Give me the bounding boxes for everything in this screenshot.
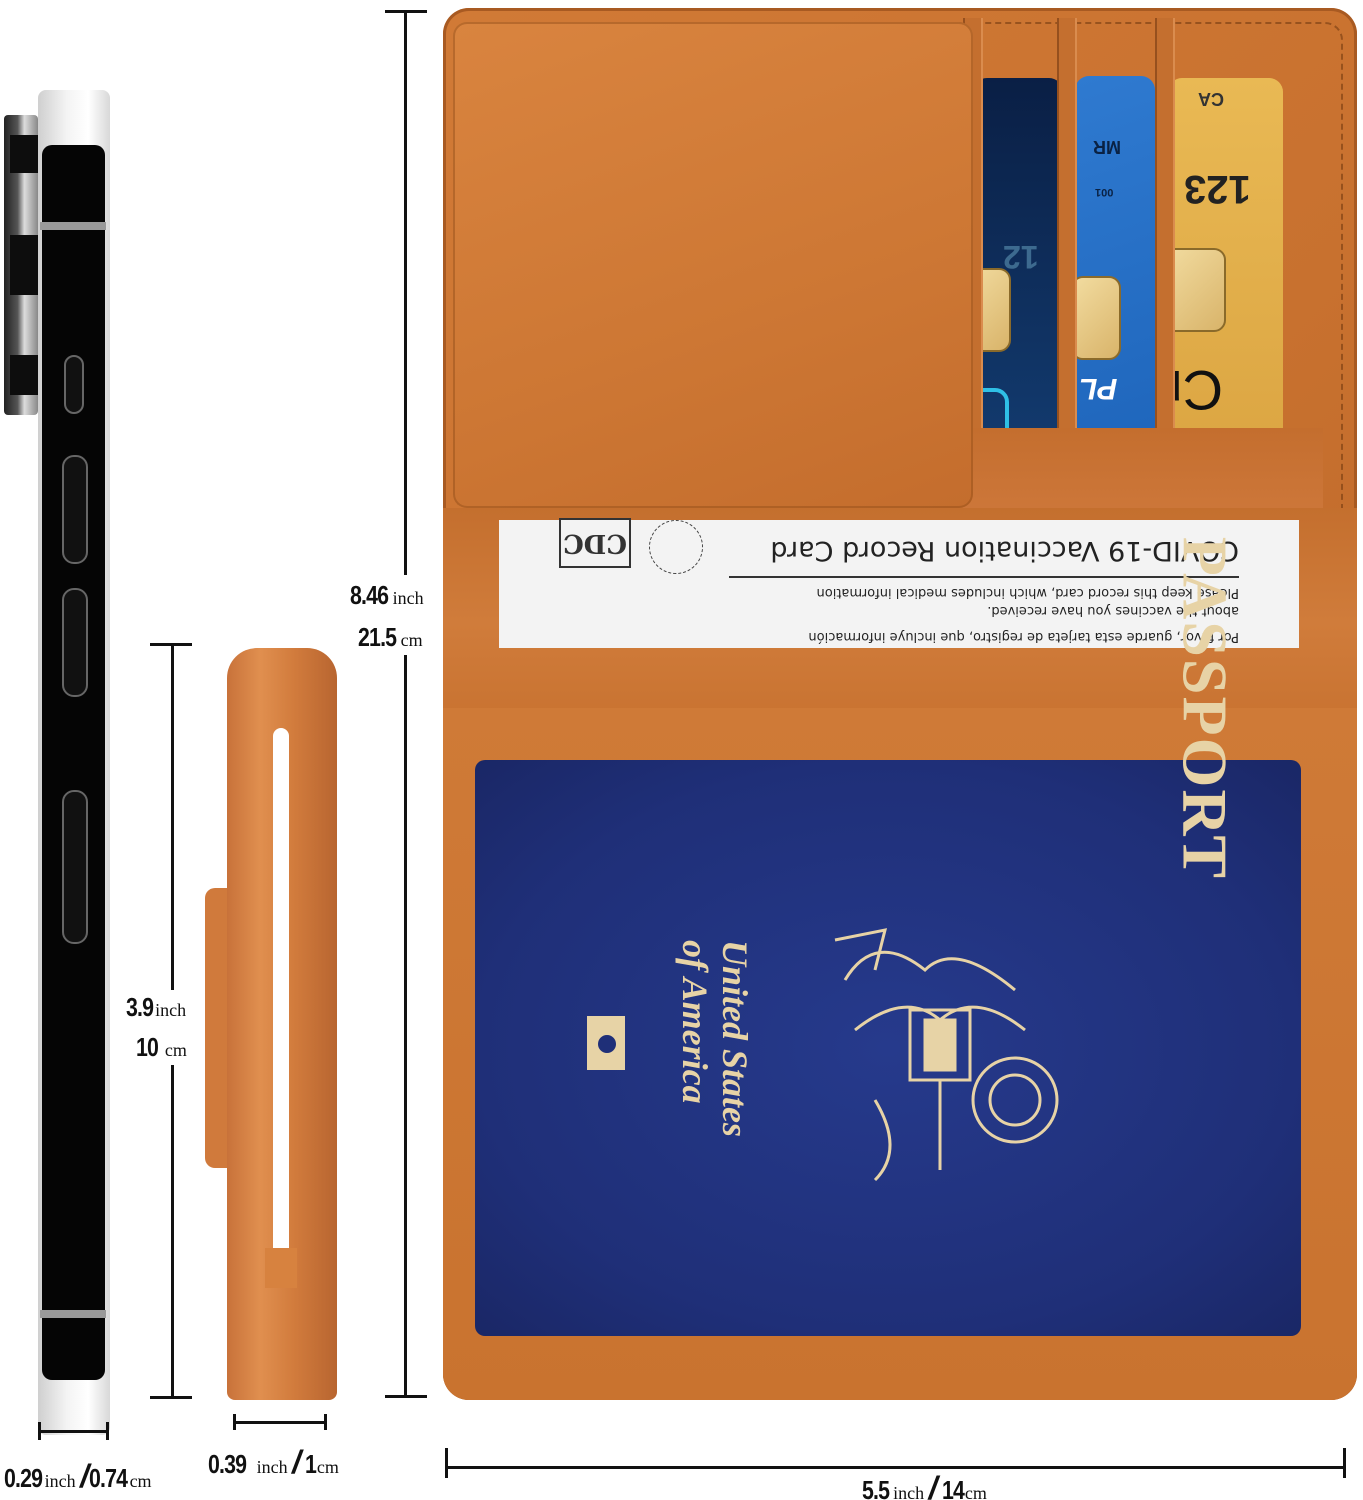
side-height-cm-label: 10cm [136, 1032, 187, 1063]
antenna-band [40, 222, 106, 230]
eagle-seal-icon [815, 910, 1065, 1190]
phone-thickness-line [40, 1430, 108, 1433]
wallet-height-cm-label: 21.5cm [358, 622, 423, 653]
biometric-chip-icon [587, 1016, 625, 1070]
phone-thickness-label: 0.29inch /0.74cm [4, 1458, 152, 1495]
wallet-height-inch-label: 8.46inch [350, 580, 424, 611]
wallet-top-panel [453, 22, 973, 508]
sim-tray [62, 790, 88, 944]
volume-up-button [62, 455, 88, 564]
wallet-width-label: 5.5inch / 14cm [862, 1470, 987, 1500]
credit-card-blue: MR 001 PL [1075, 76, 1155, 443]
phone-screen-edge [42, 145, 105, 1380]
side-thickness-label: 0.39inch / 1cm [208, 1444, 339, 1481]
credit-card-gold: CA 123 Cr [1168, 78, 1283, 443]
side-thickness-line [234, 1421, 326, 1424]
hhs-logo-icon [649, 520, 703, 574]
side-height-inch-label: 3.9inch [126, 992, 186, 1023]
antenna-band [40, 1310, 106, 1318]
camera-bump [4, 115, 38, 415]
wallet-width-line [447, 1466, 1345, 1469]
wallet-side-view [205, 648, 365, 1400]
credit-card-dark-blue: 12 [973, 78, 1063, 443]
passport-title: PASSPORT [1167, 537, 1241, 880]
wallet-height-line [404, 12, 407, 1397]
card-pocket-front [963, 428, 1323, 513]
passport-wallet: 12 MR 001 PL CA 123 Cr Por favor, guarde… [443, 8, 1357, 1400]
passport-country: United States of America [675, 940, 755, 1137]
cdc-logo: CDC [559, 518, 631, 568]
mute-switch [64, 355, 84, 414]
wallet-side-gap [273, 728, 289, 1288]
us-passport: United States of America PASSPORT [475, 760, 1301, 1336]
volume-down-button [62, 588, 88, 697]
